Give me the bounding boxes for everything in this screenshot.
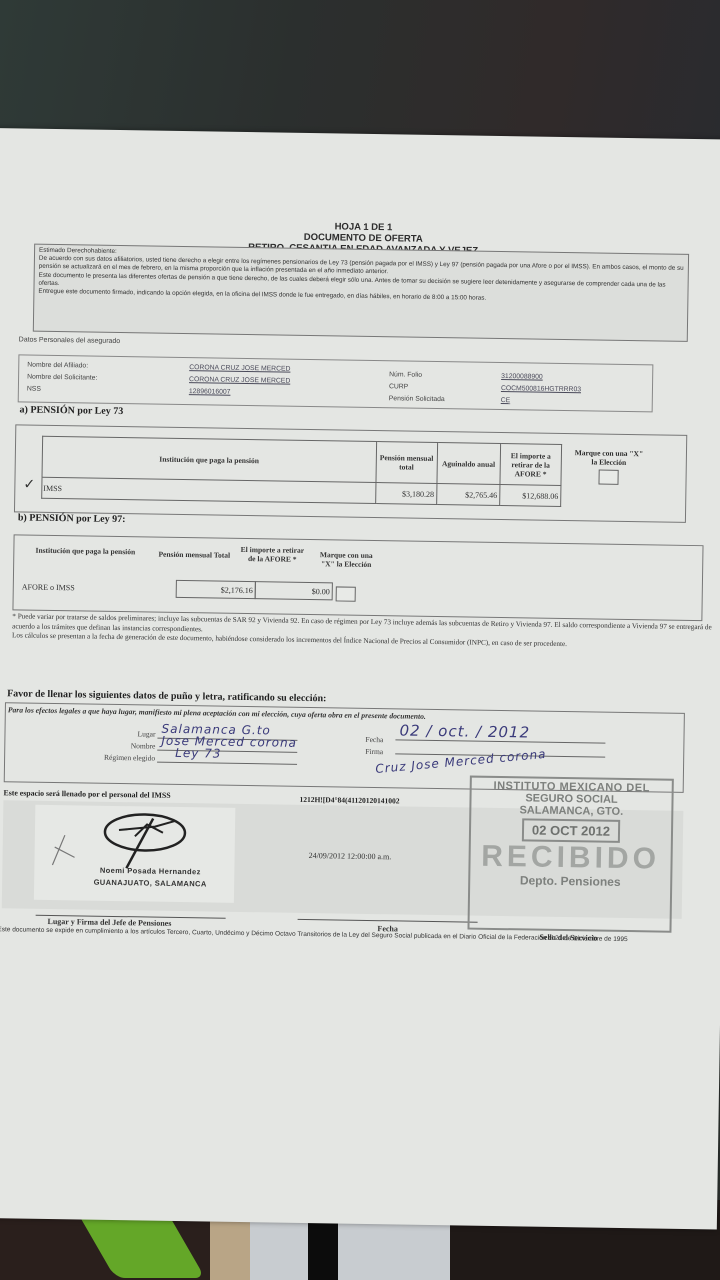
ley73-choice-column: Marque con una "X" la Elección — [573, 448, 644, 487]
ley73-choice-checkbox[interactable] — [598, 470, 618, 485]
ley97-table-box: Institución que paga la pensión Pensión … — [12, 534, 703, 621]
col-afore-amount: El importe a retirar de la AFORE * — [500, 443, 562, 485]
regimen-label: Régimen elegido — [65, 752, 155, 762]
fecha-value: 02 / oct. / 2012 — [399, 721, 530, 741]
firma-field[interactable]: Cruz Jose Merced corona — [395, 741, 605, 757]
ley73-title: a) PENSIÓN por Ley 73 — [19, 404, 123, 417]
checkmark-icon: ✓ — [23, 476, 35, 493]
stamp-location: SALAMANCA, GTO. — [471, 804, 671, 819]
personal-data-box: Nombre del Afiliado: CORONA CRUZ JOSE ME… — [18, 354, 654, 412]
personal-data-label: Datos Personales del asegurado — [19, 336, 121, 345]
curp-label: CURP — [389, 383, 408, 390]
official-name-block: Noemi Posada Hernandez GUANAJUATO, SALAM… — [50, 864, 250, 891]
col-aguinaldo: Aguinaldo anual — [437, 443, 501, 485]
firma-value: Cruz Jose Merced corona — [375, 747, 547, 776]
aguinaldo-cell: $2,765.46 — [436, 483, 499, 505]
handwritten-section-title: Favor de llenar los siguientes datos de … — [7, 688, 326, 704]
fecha-label: Fecha — [365, 735, 395, 744]
ley97-choice-checkbox[interactable] — [336, 586, 356, 601]
affiliate-name-value: CORONA CRUZ JOSE MERCED — [189, 364, 290, 373]
institution-cell: AFORE o IMSS — [22, 582, 75, 592]
curp-value: COCM500816HGTRRR03 — [501, 385, 581, 393]
applicant-name-value: CORONA CRUZ JOSE MERCED — [189, 376, 290, 385]
ley73-table-box: ✓ Institución que paga la pensión Pensió… — [14, 424, 687, 523]
lugar-label: Lugar — [95, 729, 155, 739]
col-institution: Institución que paga la pensión — [42, 436, 376, 482]
firma-label: Firma — [365, 747, 395, 756]
folio-label: Núm. Folio — [389, 371, 422, 379]
col-choice: Marque con una "X" la Elección — [574, 448, 644, 467]
applicant-name-label: Nombre del Solicitante: — [27, 374, 97, 382]
affiliate-name-label: Nombre del Afiliado: — [27, 362, 88, 370]
institution-cell: IMSS — [42, 477, 376, 503]
col-institution: Institución que paga la pensión — [30, 546, 140, 557]
ley97-title: b) PENSIÓN por Ley 97: — [18, 512, 126, 525]
regimen-field[interactable]: Ley 73 — [157, 750, 297, 765]
stamp-received: RECIBIDO — [470, 841, 670, 876]
legal-statement: Para los efectos legales a que haya luga… — [8, 705, 426, 721]
stamp-date: 02 OCT 2012 — [522, 818, 620, 843]
col-monthly-pension: Pensión mensual total — [376, 442, 438, 484]
intro-box: Estimado Derechohabiente: De acuerdo con… — [33, 244, 689, 342]
imss-section-title: Este espacio será llenado por el persona… — [3, 788, 170, 800]
ley73-table: Institución que paga la pensión Pensión … — [41, 436, 562, 507]
received-stamp: INSTITUTO MEXICANO DEL SEGURO SOCIAL SAL… — [467, 776, 673, 933]
col-monthly-pension: Pensión mensual Total — [154, 550, 234, 560]
afore-amount-cell: $0.00 — [255, 581, 333, 600]
document-page: HOJA 1 DE 1 DOCUMENTO DE OFERTA RETIRO, … — [0, 128, 720, 1229]
nss-value: 12896016007 — [189, 388, 231, 396]
folio-value: 31200088900 — [501, 373, 543, 381]
monthly-pension-cell: $3,180.28 — [375, 483, 436, 505]
pension-requested-label: Pensión Solicitada — [389, 395, 445, 403]
regimen-value: Ley 73 — [175, 746, 221, 761]
afore-amount-cell: $12,688.06 — [499, 484, 560, 506]
monthly-pension-cell: $2,176.16 — [176, 580, 256, 599]
col-choice: Marque con una "X" la Elección — [316, 550, 376, 569]
nombre-label: Nombre — [95, 741, 155, 751]
nss-label: NSS — [27, 386, 41, 393]
pension-requested-value: CE — [501, 397, 511, 404]
date-line — [298, 919, 478, 923]
col-afore-amount: El importe a retirar de la AFORE * — [240, 545, 304, 564]
document-code: 1212H![D4°84(41120120141002 — [299, 795, 399, 806]
issue-datetime: 24/09/2012 12:00:00 a.m. — [309, 851, 392, 861]
